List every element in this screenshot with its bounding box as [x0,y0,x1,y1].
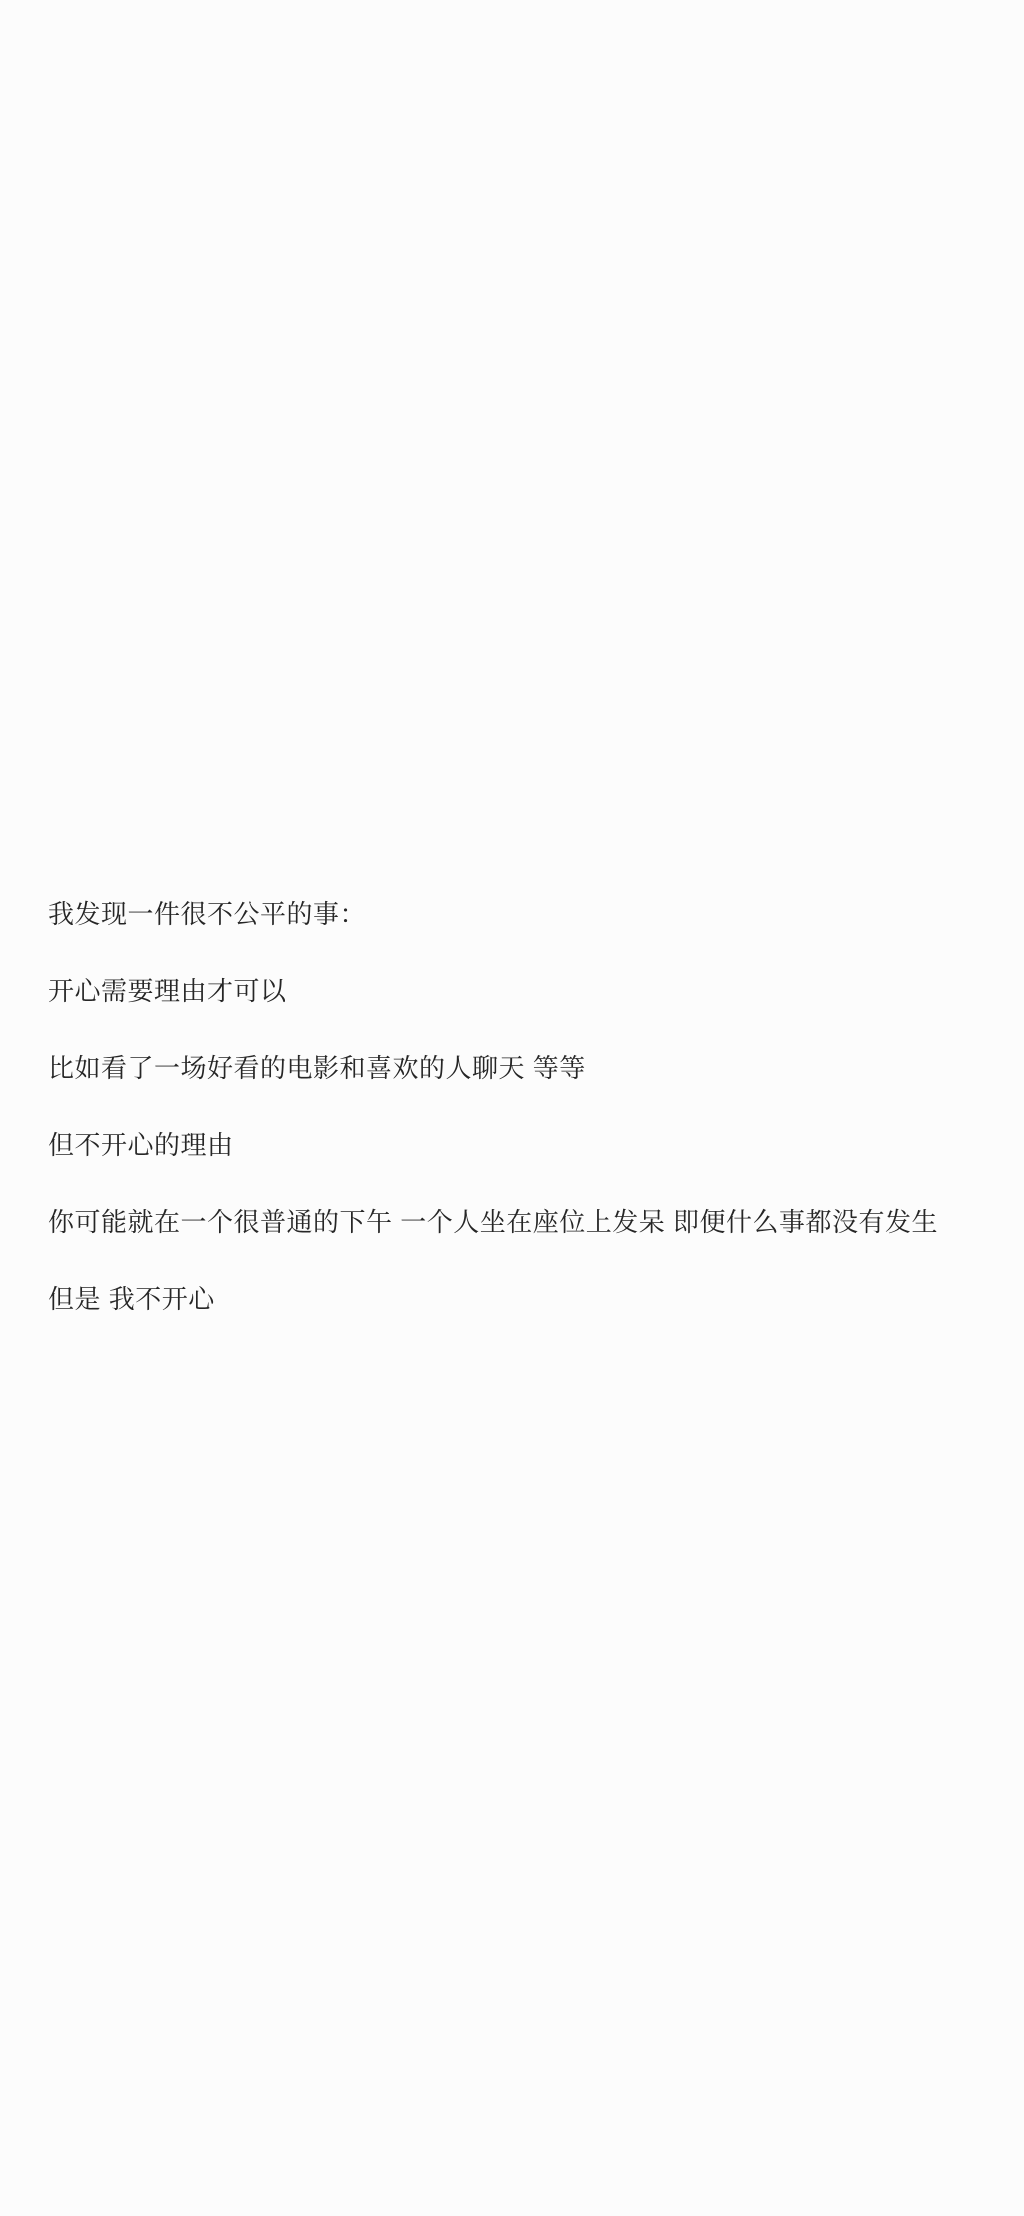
text-line-5: 你可能就在一个很普通的下午 一个人坐在座位上发呆 即便什么事都没有发生 [48,1184,998,1261]
text-line-4: 但不开心的理由 [48,1107,998,1184]
text-line-2: 开心需要理由才可以 [48,953,998,1030]
text-line-6: 但是 我不开心 [48,1261,998,1338]
text-line-3: 比如看了一场好看的电影和喜欢的人聊天 等等 [48,1030,998,1107]
quote-text-block: 我发现一件很不公平的事： 开心需要理由才可以 比如看了一场好看的电影和喜欢的人聊… [48,876,998,1338]
text-line-1: 我发现一件很不公平的事： [48,876,998,953]
